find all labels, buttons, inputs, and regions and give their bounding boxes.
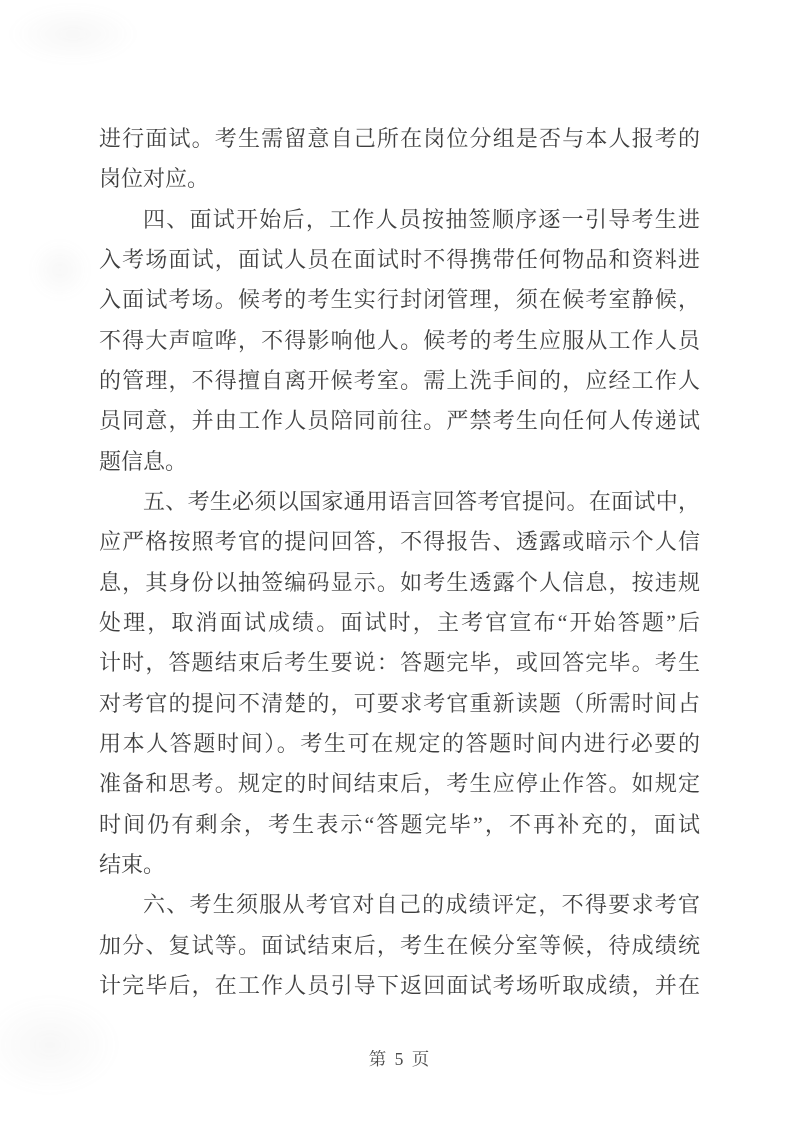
text-line: 四、面试开始后，工作人员按抽签顺序逐一引导考生进 — [99, 200, 700, 240]
text-line: 息，其身份以抽签编码显示。如考生透露个人信息，按违规 — [99, 563, 700, 603]
text-line: 处理，取消面试成绩。面试时，主考官宣布“开始答题”后 — [99, 603, 700, 643]
text-line: 的管理，不得擅自离开候考室。需上洗手间的，应经工作人 — [99, 361, 700, 401]
text-line: 计完毕后，在工作人员引导下返回面试考场听取成绩，并在 — [99, 966, 700, 1006]
text-line: 员同意，并由工作人员陪同前往。严禁考生向任何人传递试 — [99, 401, 700, 441]
scan-smudge — [0, 995, 120, 1095]
text-line: 五、考生必须以国家通用语言回答考官提问。在面试中， — [99, 482, 700, 522]
text-line: 应严格按照考官的提问回答，不得报告、透露或暗示个人信 — [99, 522, 700, 562]
text-line: 不得大声喧哗，不得影响他人。候考的考生应服从工作人员 — [99, 321, 700, 361]
document-page: 进行面试。考生需留意自己所在岗位分组是否与本人报考的岗位对应。四、面试开始后，工… — [0, 0, 800, 1131]
text-line: 入考场面试，面试人员在面试时不得携带任何物品和资料进 — [99, 240, 700, 280]
text-line: 对考官的提问不清楚的，可要求考官重新读题（所需时间占 — [99, 684, 700, 724]
text-line: 准备和思考。规定的时间结束后，考生应停止作答。如规定 — [99, 764, 700, 804]
scan-smudge — [30, 240, 90, 300]
text-line: 进行面试。考生需留意自己所在岗位分组是否与本人报考的 — [99, 119, 700, 159]
page-number-label: 第 5 页 — [369, 1049, 432, 1069]
text-line: 入面试考场。候考的考生实行封闭管理，须在候考室静候， — [99, 280, 700, 320]
scan-smudge — [8, 4, 138, 64]
text-line: 结束。 — [99, 845, 700, 885]
text-line: 时间仍有剩余，考生表示“答题完毕”，不再补充的，面试 — [99, 805, 700, 845]
text-line: 岗位对应。 — [99, 159, 700, 199]
text-line: 题信息。 — [99, 442, 700, 482]
page-number-footer: 第 5 页 — [0, 1046, 800, 1072]
text-line: 用本人答题时间）。考生可在规定的答题时间内进行必要的 — [99, 724, 700, 764]
document-body: 进行面试。考生需留意自己所在岗位分组是否与本人报考的岗位对应。四、面试开始后，工… — [99, 119, 700, 1006]
text-line: 计时，答题结束后考生要说：答题完毕，或回答完毕。考生 — [99, 643, 700, 683]
text-line: 加分、复试等。面试结束后，考生在候分室等候，待成绩统 — [99, 926, 700, 966]
text-line: 六、考生须服从考官对自己的成绩评定，不得要求考官 — [99, 885, 700, 925]
